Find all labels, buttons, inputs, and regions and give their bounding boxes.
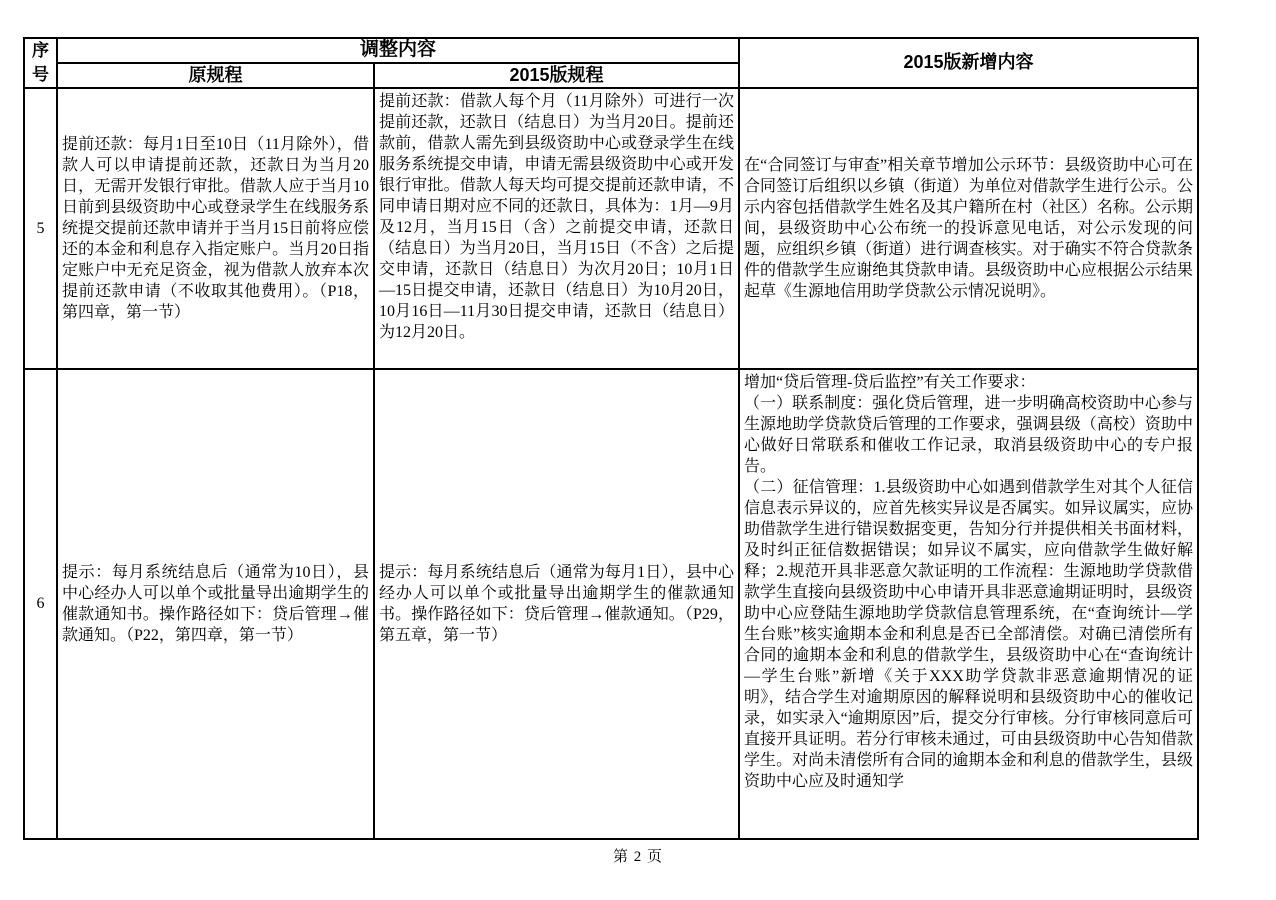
row6-added-content-text: 增加“贷后管理-贷后监控”有关工作要求： （一）联系制度：强化贷后管理，进一步明… [740, 370, 1197, 793]
row5-original-procedure-cell: 提前还款：每月1日至10日（11月除外），借款人可以申请提前还款，还款日为当月2… [57, 88, 374, 369]
row5-2015-procedure-text: 提前还款：借款人每个月（11月除外）可进行一次提前还款，还款日（结息日）为当月2… [375, 89, 738, 344]
row6-original-procedure-text: 提示：每月系统结息后（通常为10日），县中心经办人可以单个或批量导出逾期学生的催… [58, 561, 373, 647]
row5-added-content-cell: 在“合同签订与审查”相关章节增加公示环节：县级资助中心可在合同签订后组织以乡镇（… [739, 88, 1198, 369]
table-row-5: 5 提前还款：每月1日至10日（11月除外），借款人可以申请提前还款，还款日为当… [24, 88, 1198, 369]
row6-2015-procedure-text: 提示：每月系统结息后（通常为每月1日），县中心经办人可以单个或批量导出逾期学生的… [375, 561, 738, 647]
row5-2015-procedure-cell: 提前还款：借款人每个月（11月除外）可进行一次提前还款，还款日（结息日）为当月2… [374, 88, 739, 369]
row5-original-procedure-text: 提前还款：每月1日至10日（11月除外），借款人可以申请提前还款，还款日为当月2… [58, 133, 373, 324]
table-row-6: 6 提示：每月系统结息后（通常为10日），县中心经办人可以单个或批量导出逾期学生… [24, 369, 1198, 839]
page-number: 第 2 页 [0, 845, 1276, 866]
header-adjustment-content: 调整内容 [57, 38, 739, 63]
row6-original-procedure-cell: 提示：每月系统结息后（通常为10日），县中心经办人可以单个或批量导出逾期学生的催… [57, 369, 374, 839]
document-page: 序 号 调整内容 2015版新增内容 原规程 2015版规程 5 提前还款：每月… [0, 0, 1276, 900]
header-row-1: 序 号 调整内容 2015版新增内容 [24, 38, 1198, 63]
header-2015-procedure: 2015版规程 [374, 63, 739, 88]
comparison-table: 序 号 调整内容 2015版新增内容 原规程 2015版规程 5 提前还款：每月… [23, 37, 1199, 840]
row6-added-content-cell: 增加“贷后管理-贷后监控”有关工作要求： （一）联系制度：强化贷后管理，进一步明… [739, 369, 1198, 839]
row5-serial-number: 5 [24, 88, 57, 369]
header-original-procedure: 原规程 [57, 63, 374, 88]
row6-2015-procedure-cell: 提示：每月系统结息后（通常为每月1日），县中心经办人可以单个或批量导出逾期学生的… [374, 369, 739, 839]
row5-added-content-text: 在“合同签订与审查”相关章节增加公示环节：县级资助中心可在合同签订后组织以乡镇（… [740, 154, 1197, 303]
header-serial-number: 序 号 [24, 38, 57, 88]
header-2015-added-content: 2015版新增内容 [739, 38, 1198, 88]
row6-serial-number: 6 [24, 369, 57, 839]
